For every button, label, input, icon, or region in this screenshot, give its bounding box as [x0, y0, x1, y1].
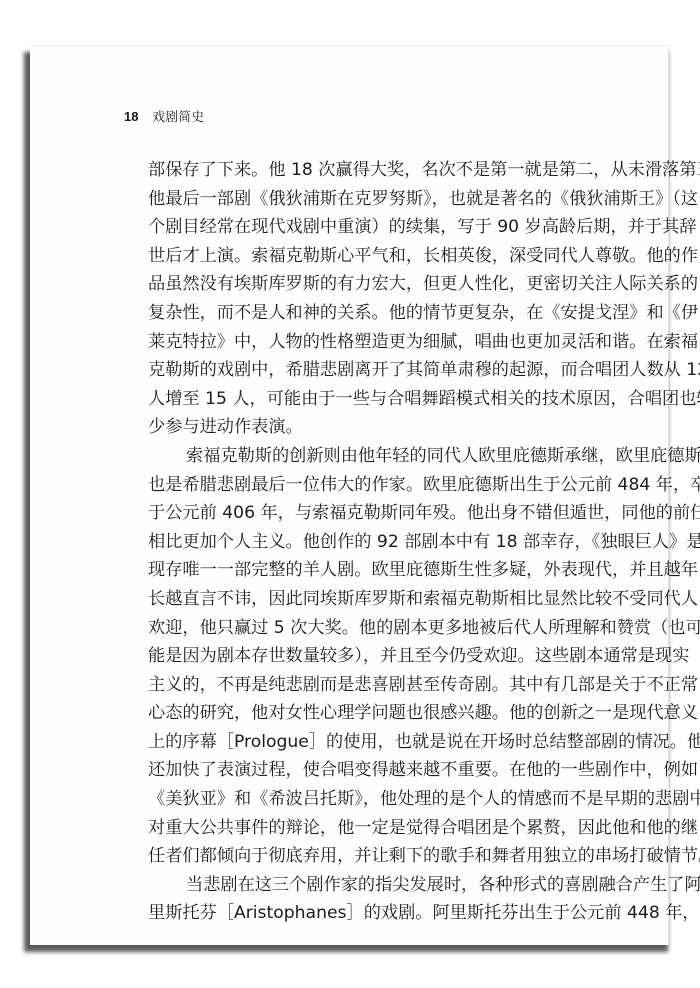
- text-line: 人增至 15 人，可能由于一些与合唱舞蹈模式相关的技术原因，合唱团也较: [148, 385, 592, 414]
- text-line: 品虽然没有埃斯库罗斯的有力宏大，但更人性化，更密切关注人际关系的: [148, 270, 592, 299]
- text-line: 也是希腊悲剧最后一位伟大的作家。欧里庇德斯出生于公元前 484 年，卒: [148, 471, 592, 500]
- page-number: 18: [124, 109, 138, 124]
- paragraph-3: 当悲剧在这三个剧作家的指尖发展时，各种形式的喜剧融合产生了阿 里斯托芬［Aris…: [148, 871, 592, 928]
- text-line: 心态的研究，他对女性心理学问题也很感兴趣。他的创新之一是现代意义: [148, 699, 592, 728]
- text-line: 索福克勒斯的创新则由他年轻的同代人欧里庇德斯承继，欧里庇德斯: [148, 442, 592, 471]
- text-line: 当悲剧在这三个剧作家的指尖发展时，各种形式的喜剧融合产生了阿: [148, 871, 592, 900]
- book-page: 18 戏剧简史 部保存了下来。他 18 次赢得大奖，名次不是第一就是第二，从未滑…: [30, 45, 669, 945]
- running-head: 18 戏剧简史: [124, 106, 204, 126]
- book-title: 戏剧简史: [152, 107, 204, 125]
- text-line: 能是因为剧本存世数量较多），并且至今仍受欢迎。这些剧本通常是现实: [148, 642, 592, 671]
- text-line: 他最后一部剧《俄狄浦斯在克罗努斯》，也就是著名的《俄狄浦斯王》（这: [148, 185, 592, 214]
- text-line: 还加快了表演过程，使合唱变得越来越不重要。在他的一些剧作中，例如: [148, 756, 592, 785]
- text-line: 部保存了下来。他 18 次赢得大奖，名次不是第一就是第二，从未滑落第三。: [148, 156, 592, 185]
- text-line: 复杂性，而不是人和神的关系。他的情节更复杂，在《安提戈涅》和《伊: [148, 299, 592, 328]
- text-line: 个剧目经常在现代戏剧中重演）的续集，写于 90 岁高龄后期，并于其辞: [148, 213, 592, 242]
- text-line: 莱克特拉》中，人物的性格塑造更为细腻，唱曲也更加灵活和谐。在索福: [148, 328, 592, 357]
- text-line: 上的序幕［Prologue］的使用，也就是说在开场时总结整部剧的情况。他: [148, 728, 592, 757]
- text-line: 欢迎，他只赢过 5 次大奖。他的剧本更多地被后代人所理解和赞赏（也可: [148, 614, 592, 643]
- text-line: 世后才上演。索福克勒斯心平气和，长相英俊，深受同代人尊敬。他的作: [148, 242, 592, 271]
- text-line: 《美狄亚》和《希波吕托斯》，他处理的是个人的情感而不是早期的悲剧中: [148, 785, 592, 814]
- text-line: 少参与进动作表演。: [148, 413, 592, 442]
- paragraph-2: 索福克勒斯的创新则由他年轻的同代人欧里庇德斯承继，欧里庇德斯 也是希腊悲剧最后一…: [148, 442, 592, 871]
- paragraph-1: 部保存了下来。他 18 次赢得大奖，名次不是第一就是第二，从未滑落第三。 他最后…: [148, 156, 592, 442]
- text-line: 长越直言不讳，因此同埃斯库罗斯和索福克勒斯相比显然比较不受同代人: [148, 585, 592, 614]
- body-text: 部保存了下来。他 18 次赢得大奖，名次不是第一就是第二，从未滑落第三。 他最后…: [148, 156, 592, 928]
- text-line: 任者们都倾向于彻底弃用，并让剩下的歌手和舞者用独立的串场打破情节。: [148, 842, 592, 871]
- text-line: 主义的，不再是纯悲剧而是悲喜剧甚至传奇剧。其中有几部是关于不正常: [148, 671, 592, 700]
- text-line: 里斯托芬［Aristophanes］的戏剧。阿里斯托芬出生于公元前 448 年，…: [148, 899, 592, 928]
- text-line: 于公元前 406 年，与索福克勒斯同年殁。他出身不错但遁世，同他的前任: [148, 499, 592, 528]
- text-line: 相比更加个人主义。他创作的 92 部剧本中有 18 部幸存，《独眼巨人》是: [148, 528, 592, 557]
- text-line: 现存唯一一部完整的羊人剧。欧里庇德斯生性多疑，外表现代，并且越年: [148, 556, 592, 585]
- text-line: 对重大公共事件的辩论，他一定是觉得合唱团是个累赘，因此他和他的继: [148, 814, 592, 843]
- text-line: 克勒斯的戏剧中，希腊悲剧离开了其简单肃穆的起源，而合唱团人数从 12: [148, 356, 592, 385]
